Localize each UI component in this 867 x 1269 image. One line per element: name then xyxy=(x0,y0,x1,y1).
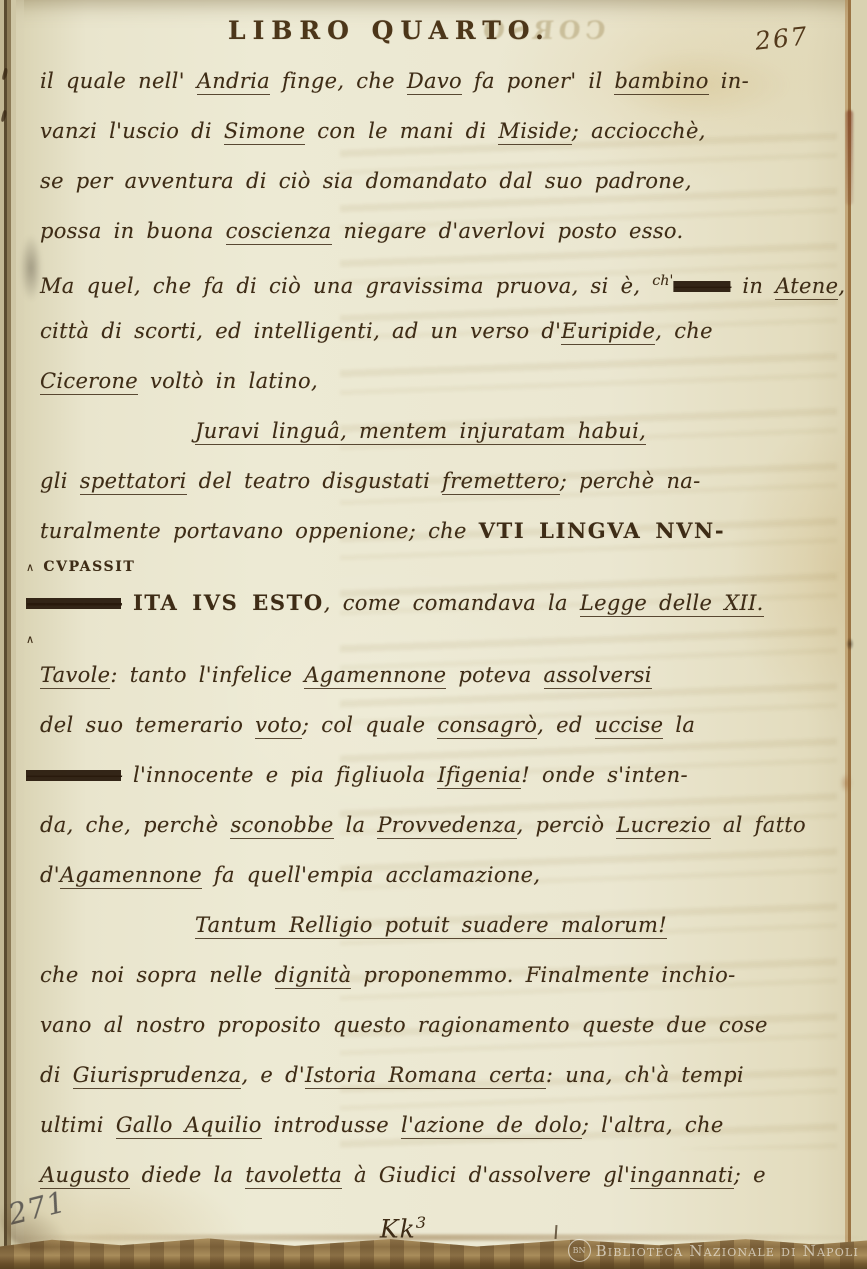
handwritten-text: ; acciocchè, xyxy=(572,119,706,143)
binding-edge xyxy=(0,0,24,1269)
handwritten-text: fremettero xyxy=(442,469,560,495)
handwritten-text: il quale nell' xyxy=(40,69,197,93)
handwritten-text: ; col quale xyxy=(302,713,437,737)
manuscript-line: ultimi Gallo Aquilio introdusse l'azione… xyxy=(40,1102,849,1152)
handwritten-text: Ifigenia xyxy=(437,763,521,789)
handwritten-text: niegare d'averlovi posto esso. xyxy=(332,219,684,243)
handwritten-text: del teatro disgustati xyxy=(187,469,443,493)
struck-out-text: ————— xyxy=(26,590,121,615)
handwritten-text: : una, ch'à tempi xyxy=(546,1063,744,1087)
page-title: LIBRO QUARTO. xyxy=(228,16,551,45)
handwritten-text: bambino xyxy=(614,69,708,95)
manuscript-line: Ma quel, che fa di ciò una gravissima pr… xyxy=(40,258,849,308)
handwritten-text: con le mani di xyxy=(305,119,498,143)
handwritten-text: del suo temerario xyxy=(40,713,255,737)
handwritten-text: spettatori xyxy=(80,469,187,495)
manuscript-line: ∧ CVPASSIT xyxy=(26,558,849,580)
handwritten-text: possa in buona xyxy=(40,219,226,243)
handwritten-text: da, che, perchè xyxy=(40,813,230,837)
handwritten-text: sconobbe xyxy=(230,813,333,839)
handwritten-text: in- xyxy=(709,69,749,93)
manuscript-line: Juravi linguâ, mentem injuratam habui, xyxy=(40,408,849,458)
library-watermark-text: Biblioteca Nazionale di Napoli xyxy=(596,1242,859,1260)
handwritten-text: Ma quel, che fa di ciò una gravissima pr… xyxy=(40,274,652,298)
manuscript-photo: CORSO LIBRO QUARTO. 267 il quale nell' A… xyxy=(0,0,867,1269)
handwritten-text: ; perchè na- xyxy=(560,469,701,493)
handwritten-text: voltò in latino, xyxy=(138,369,318,393)
handwritten-text: Agamennone xyxy=(60,863,202,889)
handwritten-text: , come comandava la xyxy=(324,591,580,615)
folio-number: 267 xyxy=(754,21,810,55)
manuscript-line: se per avventura di ciò sia domandato da… xyxy=(40,158,849,208)
handwritten-text: gli xyxy=(40,469,80,493)
handwritten-text: assolversi xyxy=(544,663,652,689)
handwritten-text: l'innocente e pia figliuola xyxy=(121,763,437,787)
manuscript-line: possa in buona coscienza niegare d'averl… xyxy=(40,208,849,258)
manuscript-line: gli spettatori del teatro disgustati fre… xyxy=(40,458,849,508)
manuscript-line: Tavole: tanto l'infelice Agamennone pote… xyxy=(40,652,849,702)
handwritten-text: ingannati xyxy=(630,1163,734,1189)
handwritten-text: finge, che xyxy=(270,69,407,93)
handwritten-text: introdusse xyxy=(262,1113,401,1137)
handwritten-text: di xyxy=(40,1063,73,1087)
handwritten-text: ; l'altra, che xyxy=(582,1113,724,1137)
manuscript-line: il quale nell' Andria finge, che Davo fa… xyxy=(40,58,849,108)
manuscript-line: ————— ITA IVS ESTO, come comandava la Le… xyxy=(26,580,849,630)
handwritten-text: ! onde s'inten- xyxy=(521,763,688,787)
handwritten-text: la xyxy=(663,713,695,737)
handwritten-text: tavoletta xyxy=(245,1163,342,1189)
insertion-caret: ∧ xyxy=(26,633,35,646)
handwritten-text: ch' xyxy=(652,273,673,289)
handwritten-text: se per avventura di ciò sia domandato da… xyxy=(40,169,692,193)
handwritten-text: uccise xyxy=(595,713,664,739)
manuscript-line: da, che, perchè sconobbe la Provvedenza,… xyxy=(40,802,849,852)
manuscript-line: del suo temerario voto; col quale consag… xyxy=(40,702,849,752)
handwritten-text: Andria xyxy=(197,69,270,95)
handwritten-text: l'azione de dolo xyxy=(401,1113,582,1139)
handwritten-text: turalmente portavano oppenione; che xyxy=(40,519,479,543)
handwritten-text: VTI LINGVA NVN- xyxy=(479,518,725,543)
struck-out-text: ——— xyxy=(673,274,730,298)
manuscript-line: d'Agamennone fa quell'empia acclamazione… xyxy=(40,852,849,902)
handwritten-text: Agamennone xyxy=(304,663,446,689)
handwritten-text: : tanto l'infelice xyxy=(110,663,304,687)
handwritten-text: che noi sopra nelle xyxy=(40,963,275,987)
handwritten-text: , che xyxy=(655,319,713,343)
library-emblem-icon: BN xyxy=(568,1239,591,1262)
library-watermark: BN Biblioteca Nazionale di Napoli xyxy=(568,1239,859,1262)
struck-out-text: ————— xyxy=(26,763,121,787)
manuscript-line: Augusto diede la tavoletta à Giudici d'a… xyxy=(40,1152,849,1202)
handwritten-text: in xyxy=(730,274,775,298)
handwritten-text: voto xyxy=(255,713,302,739)
handwritten-text: Juravi linguâ, mentem injuratam habui, xyxy=(195,419,646,445)
manuscript-line: ∧ xyxy=(26,630,849,652)
handwritten-text: proponemmo. Finalmente inchio- xyxy=(351,963,735,987)
handwritten-text: Legge delle XII. xyxy=(580,591,764,617)
handwritten-text: poteva xyxy=(446,663,543,687)
handwritten-text: la xyxy=(334,813,378,837)
manuscript-line: città di scorti, ed intelligenti, ad un … xyxy=(40,308,849,358)
handwritten-text: à Giudici d'assolvere gl' xyxy=(342,1163,630,1187)
handwritten-text: Tantum Relligio potuit suadere malorum! xyxy=(195,913,667,939)
handwritten-text xyxy=(121,591,133,615)
handwritten-text: vano al nostro proposito questo ragionam… xyxy=(40,1013,768,1037)
manuscript-body: il quale nell' Andria finge, che Davo fa… xyxy=(40,58,849,1202)
handwritten-text: Gallo Aquilio xyxy=(116,1113,262,1139)
handwritten-text: città di scorti, ed intelligenti, ad un … xyxy=(40,319,561,343)
manuscript-line: Tantum Relligio potuit suadere malorum! xyxy=(40,902,849,952)
handwritten-text: dignità xyxy=(275,963,352,989)
handwritten-text: vanzi l'uscio di xyxy=(40,119,224,143)
handwritten-text: d' xyxy=(40,863,60,887)
handwritten-text: ITA IVS ESTO xyxy=(133,590,324,615)
catchword-text: Kk xyxy=(380,1214,416,1243)
handwritten-text: ; e xyxy=(734,1163,766,1187)
handwritten-text: Euripide xyxy=(561,319,655,345)
handwritten-text: ultimi xyxy=(40,1113,116,1137)
handwritten-text: Augusto xyxy=(40,1163,130,1189)
handwritten-text: Davo xyxy=(407,69,462,95)
handwritten-text: fa quell'empia acclamazione, xyxy=(202,863,540,887)
handwritten-text: , e d' xyxy=(241,1063,304,1087)
handwritten-text: coscienza xyxy=(226,219,332,245)
manuscript-line: vano al nostro proposito questo ragionam… xyxy=(40,1002,849,1052)
manuscript-line: di Giurisprudenza, e d'Istoria Romana ce… xyxy=(40,1052,849,1102)
handwritten-text: , ed xyxy=(537,713,594,737)
handwritten-text: al fatto xyxy=(711,813,806,837)
manuscript-line: Cicerone voltò in latino, xyxy=(40,358,849,408)
handwritten-text: Simone xyxy=(224,119,305,145)
manuscript-line: turalmente portavano oppenione; che VTI … xyxy=(40,508,849,558)
insertion-caret: ∧ xyxy=(26,561,43,574)
handwritten-text: fa poner' il xyxy=(462,69,614,93)
handwritten-text: consagrò xyxy=(437,713,537,739)
manuscript-line: che noi sopra nelle dignità proponemmo. … xyxy=(40,952,849,1002)
handwritten-text: , xyxy=(838,274,845,298)
handwritten-text: Giurisprudenza xyxy=(73,1063,242,1089)
handwritten-text: Istoria Romana certa xyxy=(305,1063,546,1089)
handwritten-text: CVPASSIT xyxy=(43,559,135,575)
catchword-superscript: 3 xyxy=(416,1213,427,1232)
handwritten-text: Tavole xyxy=(40,663,110,689)
manuscript-line: ————— l'innocente e pia figliuola Ifigen… xyxy=(26,752,849,802)
handwritten-text: Atene xyxy=(775,274,838,300)
manuscript-line: vanzi l'uscio di Simone con le mani di M… xyxy=(40,108,849,158)
handwritten-text: Lucrezio xyxy=(616,813,711,839)
handwritten-text: , perciò xyxy=(517,813,617,837)
handwritten-text: Miside xyxy=(498,119,571,145)
handwritten-text: Provvedenza xyxy=(377,813,516,839)
handwritten-text: diede la xyxy=(130,1163,246,1187)
handwritten-text: Cicerone xyxy=(40,369,138,395)
